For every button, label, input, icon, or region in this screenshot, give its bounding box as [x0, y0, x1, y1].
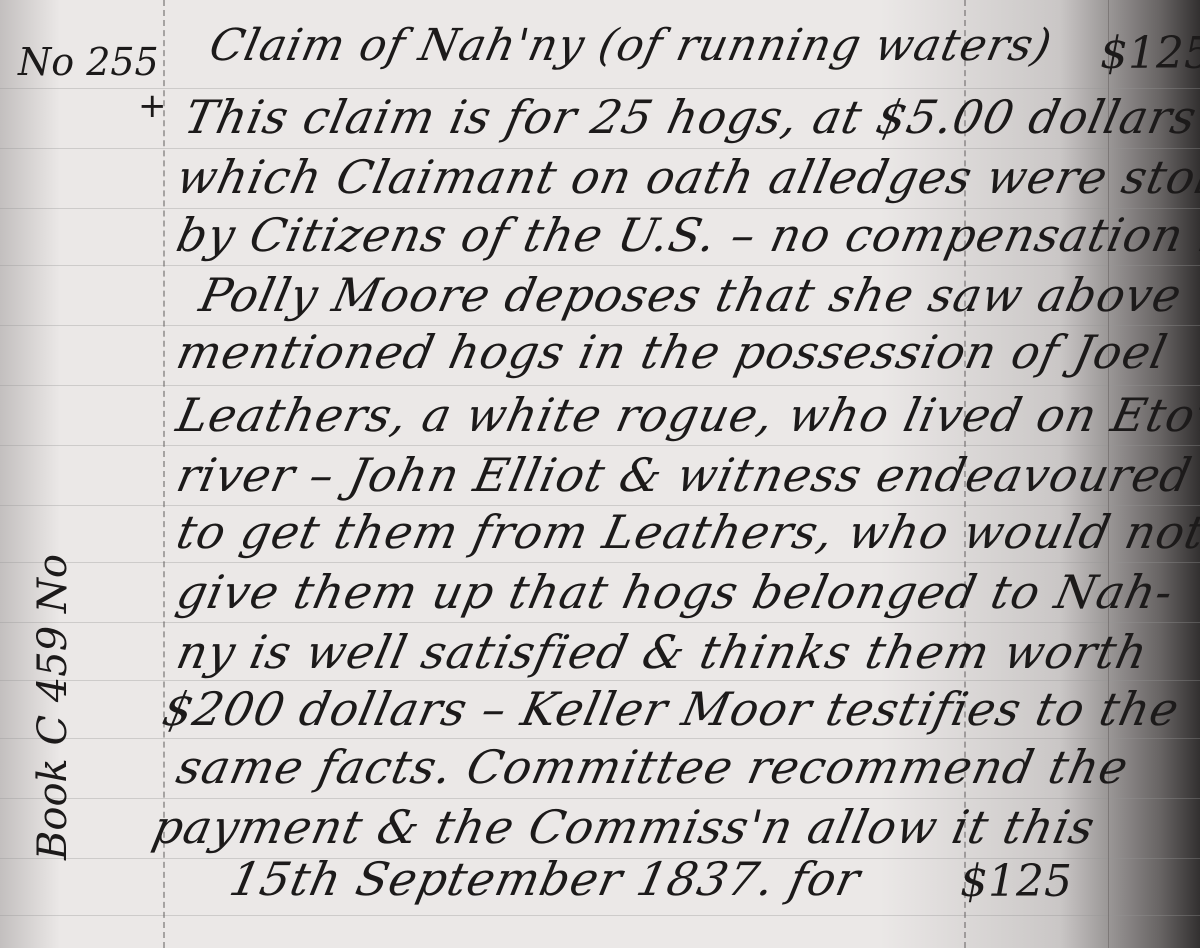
entry-line-2: which Claimant on oath alledges were sto…: [172, 150, 1200, 204]
ruled-line: [0, 562, 1200, 563]
entry-line-6: Leathers, a white rogue, who lived on Et…: [172, 388, 1200, 442]
entry-line-7: river – John Elliot & witness endeavoure…: [172, 448, 1197, 502]
ruled-line: [0, 622, 1200, 623]
ruled-line: [0, 738, 1200, 739]
ruled-line: [0, 798, 1200, 799]
entry-line-12: same facts. Committee recommend the: [172, 740, 1134, 794]
ruled-line: [0, 148, 1200, 149]
entry-line-11: $200 dollars – Keller Moor testifies to …: [158, 682, 1185, 736]
entry-line-9: give them up that hogs belonged to Nah-: [172, 565, 1178, 619]
ledger-page: No 255 + Book C 459 No Claim of Nah'ny (…: [0, 0, 1200, 948]
ruled-line: [0, 680, 1200, 681]
claim-number: No 255: [18, 40, 159, 84]
entry-line-5: mentioned hogs in the possession of Joel: [172, 325, 1173, 379]
date-line: 15th September 1837. for: [225, 852, 866, 906]
entry-line-1: This claim is for 25 hogs, at $5.00 doll…: [180, 90, 1200, 144]
ruled-line: [0, 88, 1200, 89]
claim-title: Claim of Nah'ny (of running waters): [205, 20, 1057, 71]
title-amount: $125: [1100, 28, 1200, 79]
ruled-line: [0, 445, 1200, 446]
entry-line-13: payment & the Commiss'n allow it this: [148, 800, 1100, 854]
final-amount: $125: [960, 856, 1072, 907]
ruled-line: [0, 385, 1200, 386]
entry-line-3: by Citizens of the U.S. – no compensatio…: [172, 208, 1200, 262]
margin-mark: +: [138, 86, 167, 126]
ruled-line: [0, 265, 1200, 266]
entry-line-8: to get them from Leathers, who would not: [172, 505, 1200, 559]
book-reference: Book C 459 No: [30, 554, 76, 860]
entry-line-4: Polly Moore deposes that she saw above: [195, 268, 1187, 322]
entry-line-10: ny is well satisfied & thinks them worth: [172, 625, 1153, 679]
ruled-line: [0, 915, 1200, 916]
